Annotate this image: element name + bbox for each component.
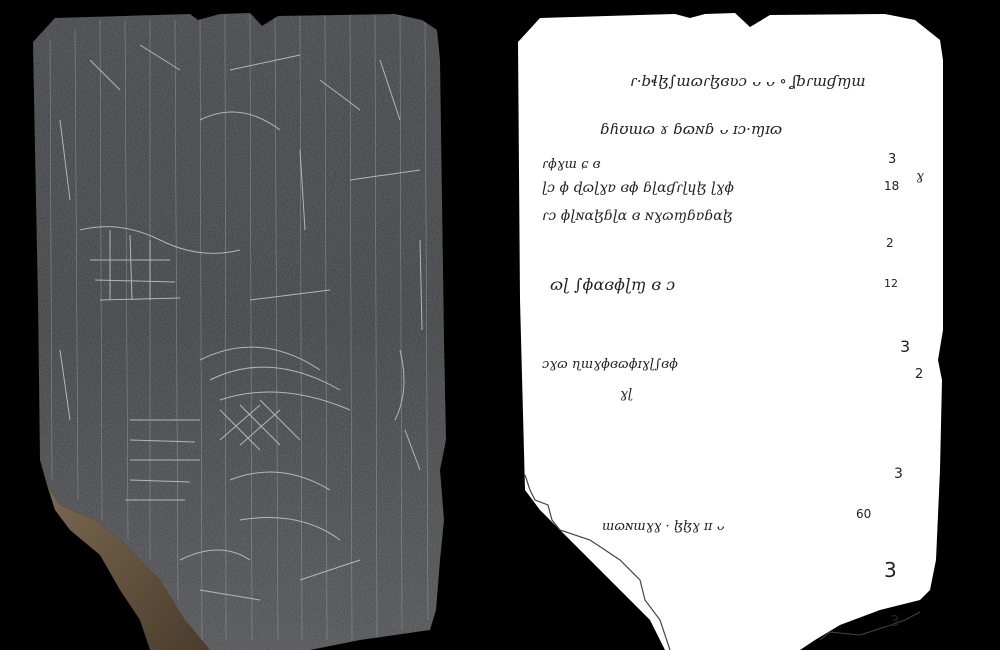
slate-tablet-image: [0, 0, 500, 650]
numeral: 3: [900, 337, 910, 356]
numeral: 12: [884, 277, 898, 290]
numeral: 2: [915, 367, 923, 382]
tablet-line-drawing: ɾ·bɬɮ∫ɯɷɾɮɞʋɔ ᴗ ᴗ ∘ ʆbɾɯɠɱɯ ɓɦʊɯɷ ɤ ɓɷɴɓ…: [500, 0, 1000, 650]
line-3: ɾɸɣɯ ɕ ɞ: [542, 157, 601, 172]
transcription-drawing: ɾ·bɬɮ∫ɯɷɾɮɞʋɔ ᴗ ᴗ ∘ ʆbɾɯɠɱɯ ɓɦʊɯɷ ɤ ɓɷɴɓ…: [500, 0, 1000, 650]
numeral: 3: [884, 558, 897, 582]
line-5: ɾɔ ɸɭɴɑɮɓɭɑ ɞ ɴɣɷɱɓɐɓɑɮ: [542, 208, 733, 224]
numeral: 3: [888, 152, 896, 167]
numeral: 3: [890, 612, 900, 630]
line-8: ɣɭ: [620, 387, 633, 402]
line-1: ɾ·bɬɮ∫ɯɷɾɮɞʋɔ ᴗ ᴗ ∘ ʆbɾɯɠɱɯ: [630, 72, 866, 90]
numeral: 3: [894, 466, 903, 482]
line-6: ɷɭ ∫ɸɑɞɸɭɱ ɞ ɔ: [550, 275, 675, 294]
line-4: ɭɔ ɸ ɖɷɭɣɐ ɞɸ ɓɭɑɠɾɭɥɮ ɭɣɸ: [542, 180, 734, 196]
numeral: 2: [886, 236, 894, 250]
line-2: ɓɦʊɯɷ ɤ ɓɷɴɓ ᴗ ɪɔ·ɱɪɷ: [600, 120, 782, 138]
line-9: ɯɷɴɯɣɣ · ɮɮɣ ɪɪ ᴗ: [602, 519, 724, 534]
numeral: 18: [884, 179, 899, 193]
numeral: ɣ: [916, 169, 924, 184]
tablet-photograph: [0, 0, 500, 650]
numeral: 60: [856, 507, 871, 521]
line-7: ɔɣɷ ɳɯɣɸɞɷɸɪɣɭ∫ɞɸ: [542, 357, 678, 372]
